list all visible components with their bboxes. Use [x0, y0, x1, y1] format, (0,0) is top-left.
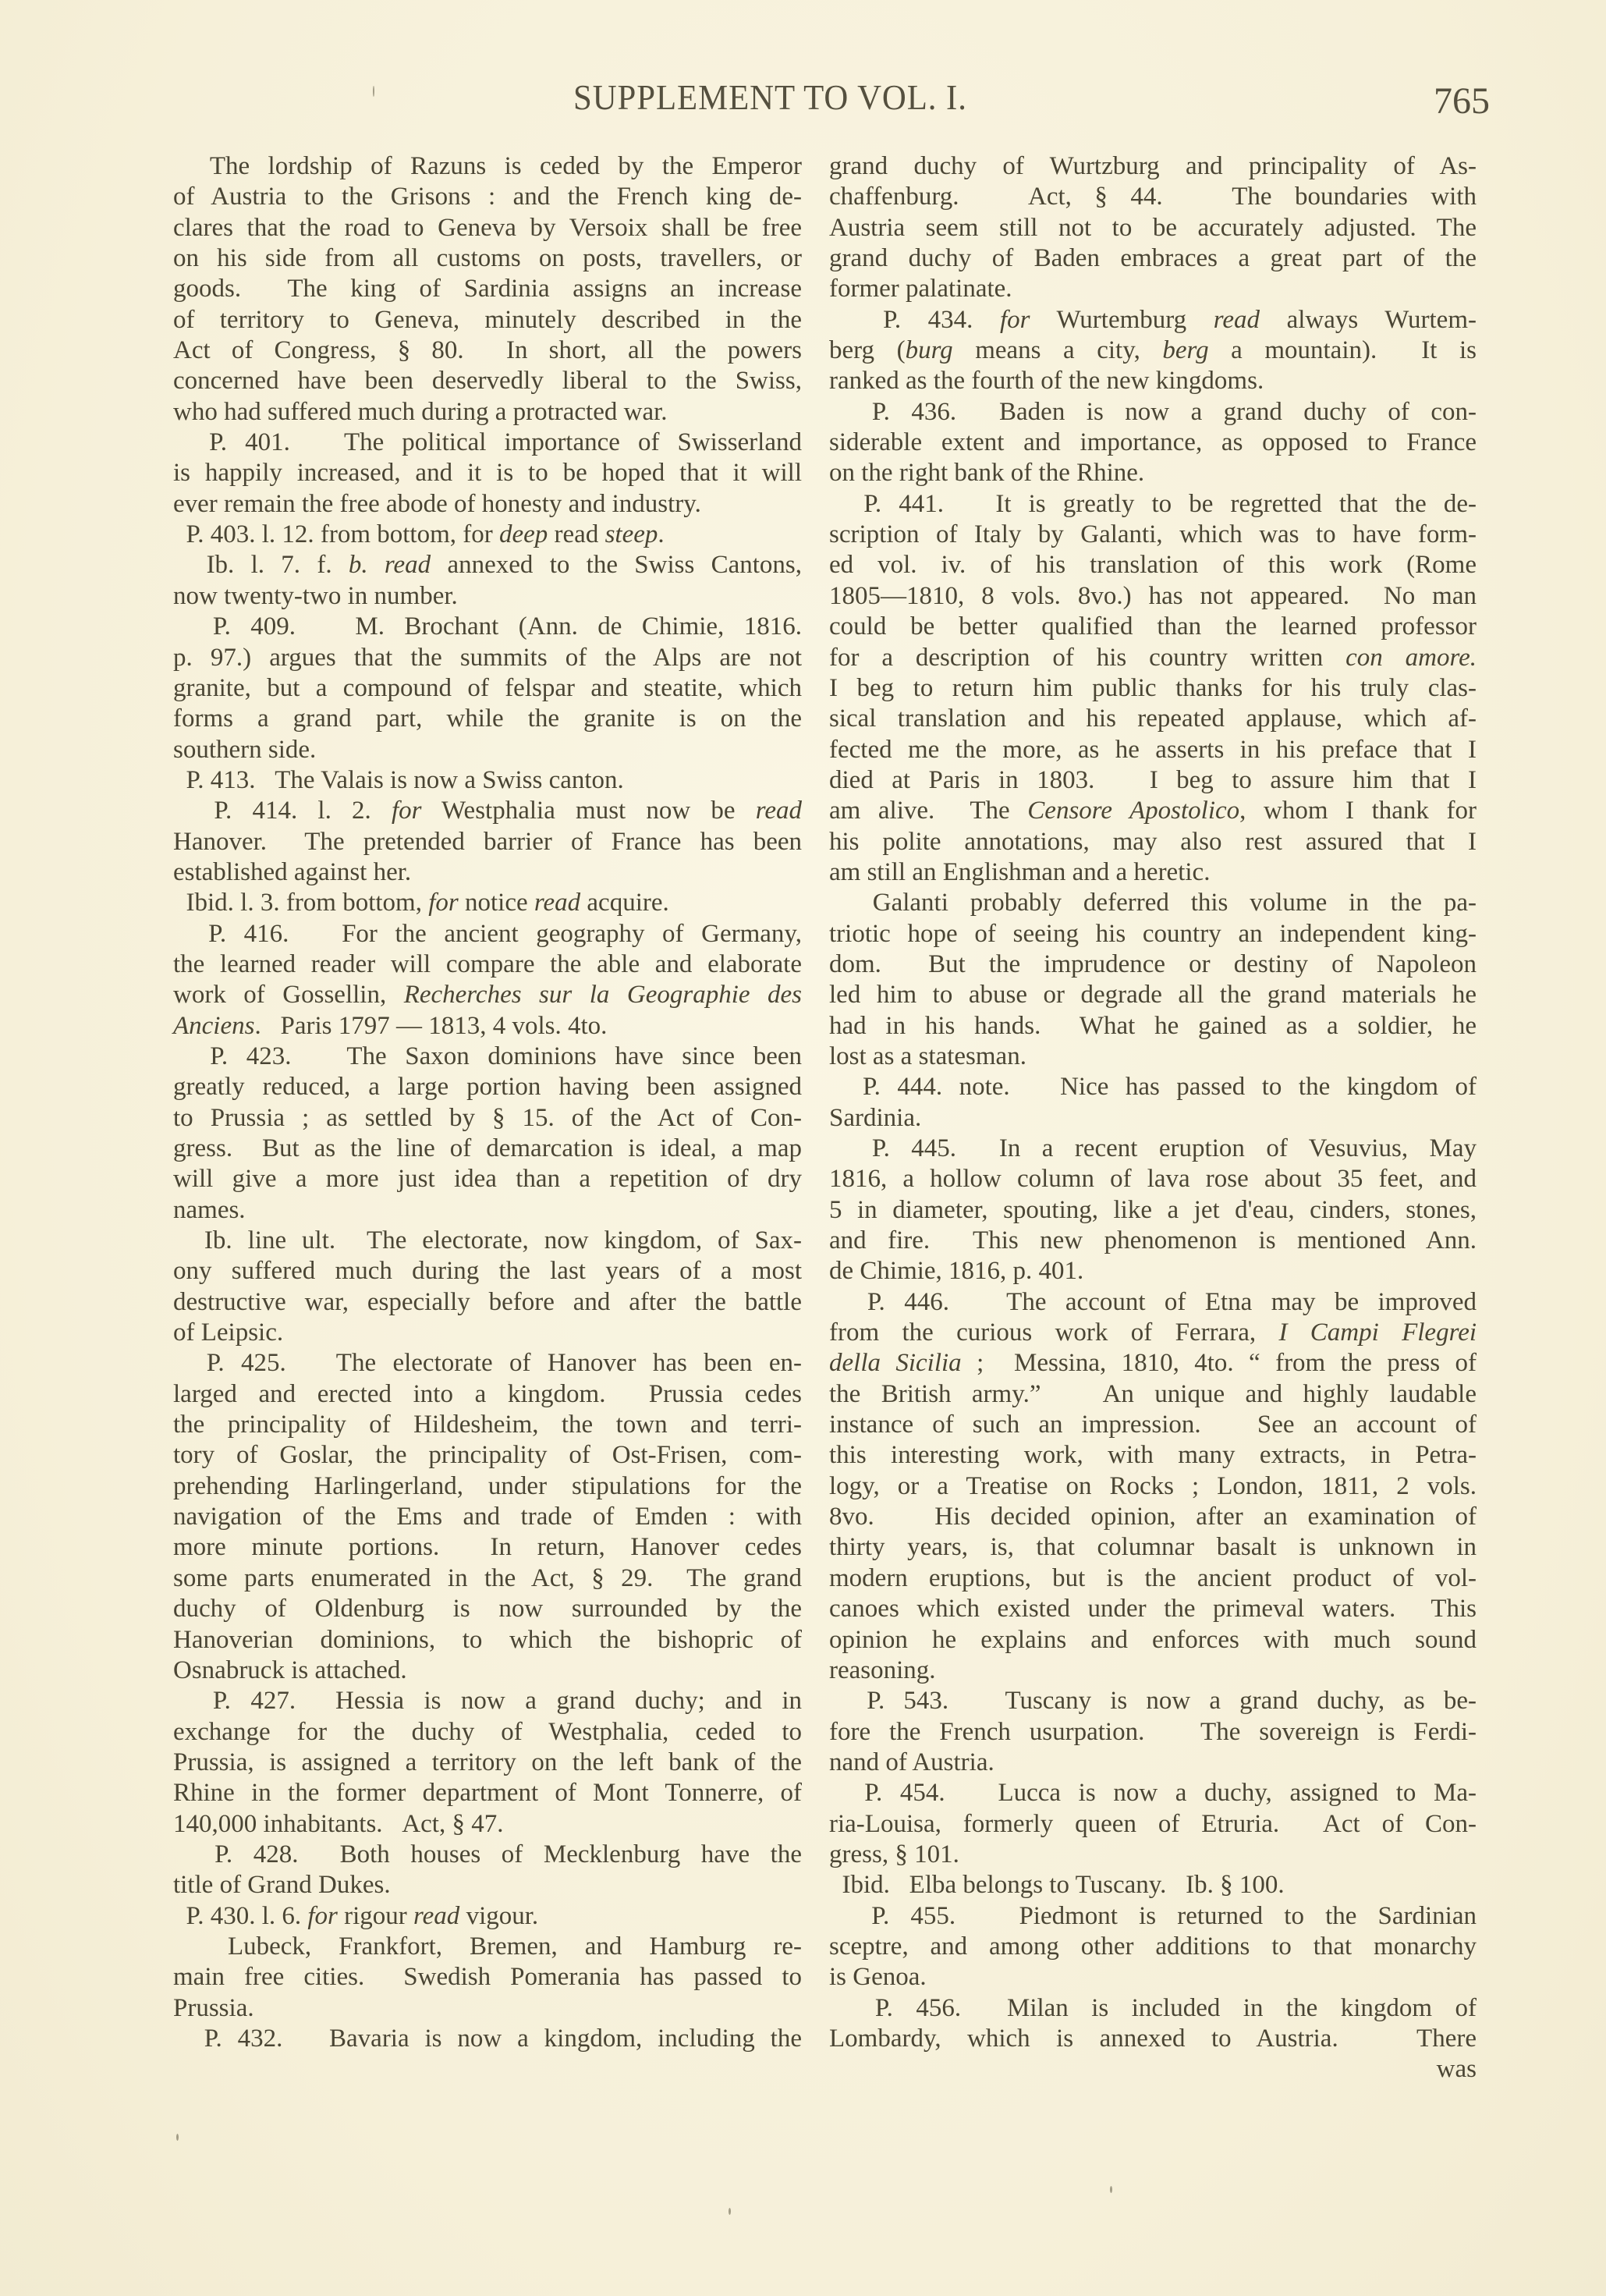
text-line: main free cities. Swedish Pomerania has …: [173, 1962, 802, 1993]
text-line: of Leipsic.: [173, 1318, 802, 1348]
text-line: P. 428. Both houses of Mecklenburg have …: [173, 1840, 802, 1870]
text-line: to Prussia ; as settled by § 15. of the …: [173, 1103, 802, 1134]
text-line: Prussia, is assigned a territory on the …: [173, 1748, 802, 1778]
text-line: had in his hands. What he gained as a so…: [829, 1011, 1477, 1042]
text-line: of territory to Geneva, minutely describ…: [173, 305, 802, 335]
text-line: Sardinia.: [829, 1103, 1477, 1134]
text-line: greatly reduced, a large portion having …: [173, 1072, 802, 1102]
text-line: Ib. line ult. The electorate, now kingdo…: [173, 1226, 802, 1256]
text-line: former palatinate.: [829, 274, 1477, 304]
text-line: The lordship of Razuns is ceded by the E…: [173, 151, 802, 182]
text-line: led him to abuse or degrade all the gran…: [829, 980, 1477, 1010]
text-line: will give a more just idea than a repeti…: [173, 1164, 802, 1194]
text-line: P. 543. Tuscany is now a grand duchy, as…: [829, 1686, 1477, 1716]
text-line: am still an Englishman and a heretic.: [829, 857, 1477, 888]
text-line: P. 445. In a recent eruption of Vesuvius…: [829, 1134, 1477, 1164]
text-line: berg (burg means a city, berg a mountain…: [829, 335, 1477, 366]
text-line: triotic hope of seeing his country an in…: [829, 919, 1477, 949]
text-line: Anciens. Paris 1797 — 1813, 4 vols. 4to.: [173, 1011, 802, 1042]
text-line: P. 401. The political importance of Swis…: [173, 428, 802, 458]
text-line: Lubeck, Frankfort, Bremen, and Hamburg r…: [173, 1932, 802, 1962]
text-line: names.: [173, 1195, 802, 1226]
text-line: P. 425. The electorate of Hanover has be…: [173, 1348, 802, 1379]
text-line: P. 416. For the ancient geography of Ger…: [173, 919, 802, 949]
text-line: canoes which existed under the primeval …: [829, 1594, 1477, 1624]
text-line: of Austria to the Grisons : and the Fren…: [173, 182, 802, 212]
paper-speck: [729, 2208, 731, 2215]
text-line: nand of Austria.: [829, 1748, 1477, 1778]
text-line: Prussia.: [173, 1993, 802, 2024]
text-line: is happily increased, and it is to be ho…: [173, 458, 802, 488]
text-line: concerned have been deservedly liberal t…: [173, 366, 802, 396]
text-line: tory of Goslar, the principality of Ost-…: [173, 1440, 802, 1471]
text-line: fected me the more, as he asserts in his…: [829, 735, 1477, 765]
text-line: 1805—1810, 8 vols. 8vo.) has not appeare…: [829, 581, 1477, 612]
text-line: now twenty-two in number.: [173, 581, 802, 612]
text-line: from the curious work of Ferrara, I Camp…: [829, 1318, 1477, 1348]
paper-speck: [1110, 2186, 1112, 2193]
text-line: chaffenburg. Act, § 44. The boundaries w…: [829, 182, 1477, 212]
text-line: gress, § 101.: [829, 1840, 1477, 1870]
text-line: Lombardy, which is annexed to Austria. T…: [829, 2024, 1477, 2054]
text-line: P. 414. l. 2. for Westphalia must now be…: [173, 796, 802, 826]
text-line: P. 423. The Saxon dominions have since b…: [173, 1042, 802, 1072]
text-line: logy, or a Treatise on Rocks ; London, 1…: [829, 1471, 1477, 1502]
text-line: established against her.: [173, 857, 802, 888]
text-line: P. 454. Lucca is now a duchy, assigned t…: [829, 1778, 1477, 1808]
text-line: 140,000 inhabitants. Act, § 47.: [173, 1809, 802, 1840]
text-line: the principality of Hildesheim, the town…: [173, 1410, 802, 1440]
text-line: died at Paris in 1803. I beg to assure h…: [829, 765, 1477, 796]
text-line: for a description of his country written…: [829, 643, 1477, 673]
text-line: de Chimie, 1816, p. 401.: [829, 1256, 1477, 1286]
text-line: fore the French usurpation. The sovereig…: [829, 1717, 1477, 1748]
text-line: thirty years, is, that columnar basalt i…: [829, 1532, 1477, 1563]
text-line: this interesting work, with many extract…: [829, 1440, 1477, 1471]
text-line: is Genoa.: [829, 1962, 1477, 1993]
text-line: some parts enumerated in the Act, § 29. …: [173, 1563, 802, 1594]
text-line: p. 97.) argues that the summits of the A…: [173, 643, 802, 673]
text-line: larged and erected into a kingdom. Pruss…: [173, 1379, 802, 1410]
text-line: ria-Louisa, formerly queen of Etruria. A…: [829, 1809, 1477, 1840]
text-line: ony suffered much during the last years …: [173, 1256, 802, 1286]
text-line: P. 409. M. Brochant (Ann. de Chimie, 181…: [173, 612, 802, 642]
text-line: am alive. The Censore Apostolico, whom I…: [829, 796, 1477, 826]
text-line: P. 427. Hessia is now a grand duchy; and…: [173, 1686, 802, 1716]
text-line: Osnabruck is attached.: [173, 1655, 802, 1686]
text-line: Act of Congress, § 80. In short, all the…: [173, 335, 802, 366]
text-line: could be better qualified than the learn…: [829, 612, 1477, 642]
text-line: sical translation and his repeated appla…: [829, 704, 1477, 734]
text-line: ed vol. iv. of his translation of this w…: [829, 550, 1477, 580]
text-line: granite, but a compound of felspar and s…: [173, 673, 802, 704]
text-line: instance of such an impression. See an a…: [829, 1410, 1477, 1440]
text-line: opinion he explains and enforces with mu…: [829, 1625, 1477, 1655]
text-line: exchange for the duchy of Westphalia, ce…: [173, 1717, 802, 1748]
text-line: forms a grand part, while the granite is…: [173, 704, 802, 734]
text-line: the British army.” An unique and highly …: [829, 1379, 1477, 1410]
page-header: SUPPLEMENT TO VOL. I. 765: [0, 76, 1606, 123]
text-line: sceptre, and among other additions to th…: [829, 1932, 1477, 1962]
text-line: P. 441. It is greatly to be regretted th…: [829, 489, 1477, 520]
text-line: I beg to return him public thanks for hi…: [829, 673, 1477, 704]
text-line: Galanti probably deferred this volume in…: [829, 888, 1477, 918]
paper-speck: [176, 2134, 179, 2141]
text-line: work of Gossellin, Recherches sur la Geo…: [173, 980, 802, 1010]
text-line: scription of Italy by Galanti, which was…: [829, 520, 1477, 550]
text-line: 1816, a hollow column of lava rose about…: [829, 1164, 1477, 1194]
text-line: modern eruptions, but is the ancient pro…: [829, 1563, 1477, 1594]
text-line: destructive war, especially before and a…: [173, 1287, 802, 1318]
text-line: P. 434. for Wurtemburg read always Wurte…: [829, 305, 1477, 335]
text-line: P. 456. Milan is included in the kingdom…: [829, 1993, 1477, 2024]
text-line: lost as a statesman.: [829, 1042, 1477, 1072]
running-title: SUPPLEMENT TO VOL. I.: [573, 76, 967, 118]
text-line: P. 403. l. 12. from bottom, for deep rea…: [173, 520, 802, 550]
text-line: 8vo. His decided opinion, after an exami…: [829, 1502, 1477, 1532]
text-line: on the right bank of the Rhine.: [829, 458, 1477, 488]
text-line: P. 413. The Valais is now a Swiss canton…: [173, 765, 802, 796]
left-column: The lordship of Razuns is ceded by the E…: [173, 151, 802, 2054]
text-line: reasoning.: [829, 1655, 1477, 1686]
right-column: grand duchy of Wurtzburg and principalit…: [829, 151, 1477, 2085]
text-line: della Sicilia ; Messina, 1810, 4to. “ fr…: [829, 1348, 1477, 1379]
text-line: who had suffered much during a protracte…: [173, 397, 802, 428]
text-line: prehending Harlingerland, under stipulat…: [173, 1471, 802, 1502]
text-line: dom. But the imprudence or destiny of Na…: [829, 949, 1477, 980]
text-line: siderable extent and importance, as oppo…: [829, 428, 1477, 458]
text-line: grand duchy of Baden embraces a great pa…: [829, 243, 1477, 274]
text-line: 5 in diameter, spouting, like a jet d'ea…: [829, 1195, 1477, 1226]
page-number: 765: [1434, 80, 1490, 122]
text-line: ranked as the fourth of the new kingdoms…: [829, 366, 1477, 396]
text-line: P. 444. note. Nice has passed to the kin…: [829, 1072, 1477, 1102]
catchword: was: [829, 2054, 1477, 2085]
text-line: Hanover. The pretended barrier of France…: [173, 827, 802, 857]
text-line: P. 430. l. 6. for rigour read vigour.: [173, 1901, 802, 1932]
text-line: Rhine in the former department of Mont T…: [173, 1778, 802, 1808]
text-line: duchy of Oldenburg is now surrounded by …: [173, 1594, 802, 1624]
text-line: navigation of the Ems and trade of Emden…: [173, 1502, 802, 1532]
text-line: Ib. l. 7. f. b. read annexed to the Swis…: [173, 550, 802, 580]
text-line: Hanoverian dominions, to which the bisho…: [173, 1625, 802, 1655]
text-line: Ibid. l. 3. from bottom, for notice read…: [173, 888, 802, 918]
text-line: P. 432. Bavaria is now a kingdom, includ…: [173, 2024, 802, 2054]
text-line: ever remain the free abode of honesty an…: [173, 489, 802, 520]
text-line: gress. But as the line of demarcation is…: [173, 1134, 802, 1164]
text-line: more minute portions. In return, Hanover…: [173, 1532, 802, 1563]
text-line: grand duchy of Wurtzburg and principalit…: [829, 151, 1477, 182]
text-line: his polite annotations, may also rest as…: [829, 827, 1477, 857]
text-line: clares that the road to Geneva by Versoi…: [173, 213, 802, 243]
text-line: P. 455. Piedmont is returned to the Sard…: [829, 1901, 1477, 1932]
text-line: and fire. This new phenomenon is mention…: [829, 1226, 1477, 1256]
text-line: P. 446. The account of Etna may be impro…: [829, 1287, 1477, 1318]
text-line: on his side from all customs on posts, t…: [173, 243, 802, 274]
text-line: southern side.: [173, 735, 802, 765]
text-line: title of Grand Dukes.: [173, 1870, 802, 1900]
text-line: P. 436. Baden is now a grand duchy of co…: [829, 397, 1477, 428]
text-line: Ibid. Elba belongs to Tuscany. Ib. § 100…: [829, 1870, 1477, 1900]
text-line: Austria seem still not to be accurately …: [829, 213, 1477, 243]
paper-speck: [373, 86, 374, 97]
text-line: goods. The king of Sardinia assigns an i…: [173, 274, 802, 304]
text-line: the learned reader will compare the able…: [173, 949, 802, 980]
